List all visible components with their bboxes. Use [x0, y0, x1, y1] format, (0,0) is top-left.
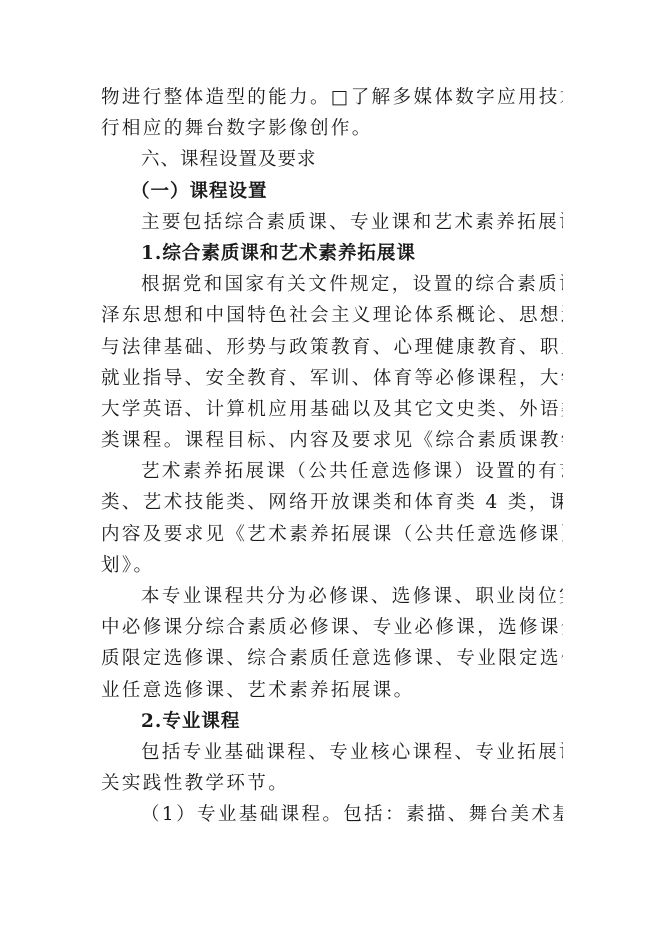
paragraph-line: 业任意选修课、艺术素养拓展课。: [101, 675, 563, 706]
paragraph-line: 内容及要求见《艺术素养拓展课（公共任意选修课）教学计: [101, 519, 563, 550]
paragraph-line: 就业指导、安全教育、军训、体育等必修课程，大学语文、: [101, 363, 563, 394]
section-heading: 六、课程设置及要求: [101, 144, 563, 175]
paragraph-line: 划》。: [101, 550, 563, 581]
paragraph-line: 类课程。课程目标、内容及要求见《综合素质课教学计划》。: [101, 425, 563, 456]
subsection-heading: （一）课程设置: [101, 176, 563, 207]
paragraph-line: 类、艺术技能类、网络开放课类和体育类 4 类，课程目标、: [101, 487, 563, 518]
paragraph-line: 泽东思想和中国特色社会主义理论体系概论、思想道德修养: [101, 300, 563, 331]
subsubsection-heading: 1.综合素质课和艺术素养拓展课: [101, 238, 563, 269]
paragraph-line: 物进行整体造型的能力。□了解多媒体数字应用技术，能够进: [101, 82, 563, 113]
paragraph-line: 包括专业基础课程、专业核心课程、专业拓展课程及有: [101, 737, 563, 768]
paragraph-line: 质限定选修课、综合素质任意选修课、专业限定选修课、专: [101, 643, 563, 674]
paragraph-line: 行相应的舞台数字影像创作。: [101, 113, 563, 144]
paragraph-line: 大学英语、计算机应用基础以及其它文史类、外语类和综合: [101, 394, 563, 425]
subsubsection-heading: 2.专业课程: [101, 706, 563, 737]
paragraph-line: 艺术素养拓展课（公共任意选修课）设置的有艺术理论: [101, 456, 563, 487]
paragraph-line: （1）专业基础课程。包括：素描、舞台美术基础知识、: [101, 799, 563, 830]
paragraph-line: 本专业课程共分为必修课、选修课、职业岗位实践，其: [101, 581, 563, 612]
paragraph-line: 中必修课分综合素质必修课、专业必修课，选修课分综合素: [101, 612, 563, 643]
paragraph-line: 与法律基础、形势与政策教育、心理健康教育、职业发展与: [101, 332, 563, 363]
paragraph-line: 根据党和国家有关文件规定，设置的综合素质课有：毛: [101, 269, 563, 300]
document-page: 物进行整体造型的能力。□了解多媒体数字应用技术，能够进 行相应的舞台数字影像创作…: [101, 82, 563, 831]
paragraph-line: 主要包括综合素质课、专业课和艺术素养拓展课。: [101, 207, 563, 238]
paragraph-line: 关实践性教学环节。: [101, 768, 563, 799]
